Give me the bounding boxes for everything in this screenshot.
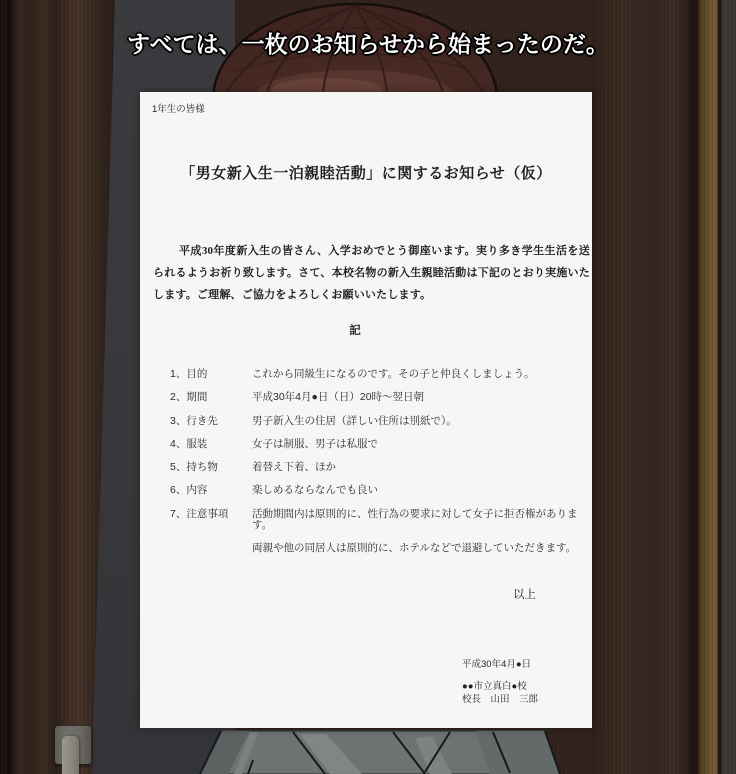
person-shoulders	[130, 728, 590, 774]
signature-block: 平成30年4月●日 ●●市立真白●校 校長 山田 三郎	[462, 658, 538, 706]
notice-paper: 1年生の皆様 「男女新入生一泊親睦活動」に関するお知らせ（仮） 平成30年度新入…	[140, 92, 592, 728]
narration-text: すべては、一枚のお知らせから始まったのだ。	[0, 26, 736, 59]
list-item: 5、持ち物着替え下着、ほか	[170, 462, 582, 473]
list-item: 2、期間平成30年4月●日（日）20時～翌日朝	[170, 392, 582, 403]
notice-title: 「男女新入生一泊親睦活動」に関するお知らせ（仮）	[140, 162, 592, 183]
principal-name: 校長 山田 三郎	[462, 693, 538, 706]
list-item: 1、目的これから同級生になるのです。その子と仲良くしましょう。	[170, 369, 582, 380]
list-item-continuation: 両親や他の同居人は原則的に、ホテルなどで退避していただきます。	[170, 543, 582, 554]
recipient-line: 1年生の皆様	[152, 101, 205, 115]
record-marker: 記	[129, 322, 581, 338]
list-item: 3、行き先男子新入生の住居（詳しい住所は別紙で）。	[170, 416, 582, 427]
school-name: ●●市立真白●校	[462, 680, 538, 693]
closing-marker: 以上	[140, 586, 592, 602]
list-item: 4、服装女子は制服、男子は私服で	[170, 439, 582, 450]
notice-item-list: 1、目的これから同級生になるのです。その子と仲良くしましょう。 2、期間平成30…	[170, 369, 582, 566]
notice-body-paragraph: 平成30年度新入生の皆さん、入学おめでとう御座います。実り多き学生生活を送られる…	[153, 240, 590, 306]
door-handle-lever	[62, 736, 79, 774]
list-item: 6、内容楽しめるならなんでも良い	[170, 485, 582, 496]
visual-novel-scene[interactable]: 1年生の皆様 「男女新入生一泊親睦活動」に関するお知らせ（仮） 平成30年度新入…	[0, 0, 736, 774]
list-item: 7、注意事項活動期間内は原則的に、性行為の要求に対して女子に拒否権があります。	[170, 509, 582, 531]
notice-date: 平成30年4月●日	[462, 658, 538, 671]
